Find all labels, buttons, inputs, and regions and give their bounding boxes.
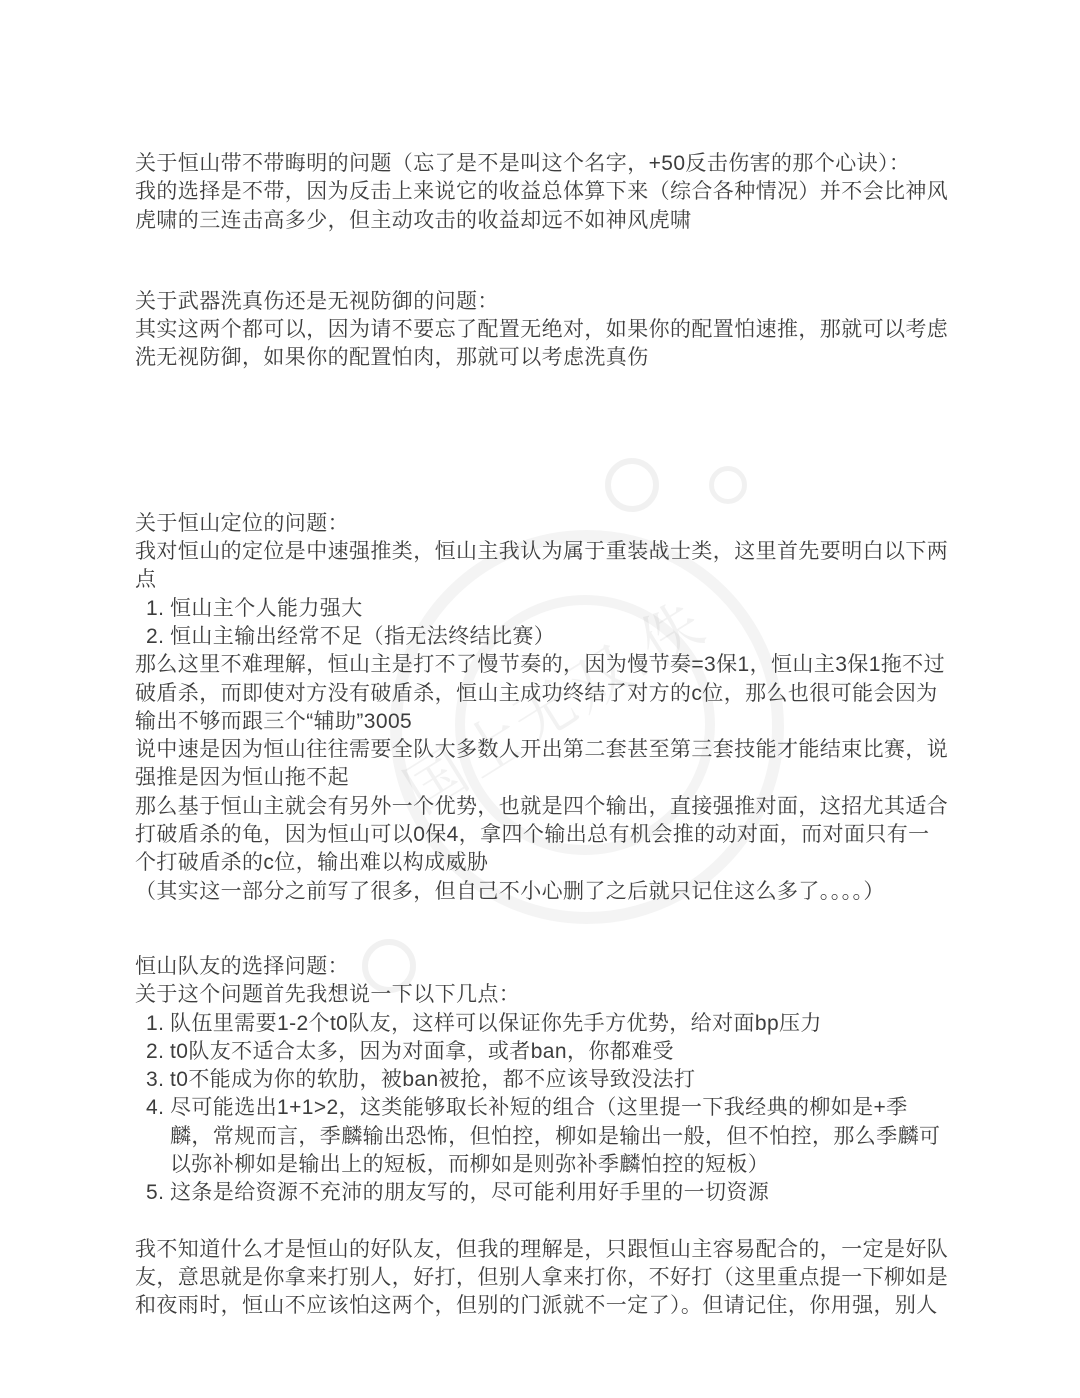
- list-item-text: 这条是给资源不充沛的朋友写的，尽可能利用好手里的一切资源: [170, 1179, 949, 1207]
- list-item: 2.恒山主输出经常不足（指无法终结比赛）: [135, 623, 949, 651]
- list-item-number: 1.: [146, 1010, 170, 1038]
- paragraph: 说中速是因为恒山往往需要全队大多数人开出第二套甚至第三套技能才能结束比赛，说强推…: [135, 736, 949, 793]
- paragraph: 那么这里不难理解，恒山主是打不了慢节奏的，因为慢节奏=3保1，恒山主3保1拖不过…: [135, 651, 949, 736]
- list-item-number: 2.: [146, 1038, 170, 1066]
- list-item: 1.恒山主个人能力强大: [135, 595, 949, 623]
- paragraph: 其实这两个都可以，因为请不要忘了配置无绝对，如果你的配置怕速推，那就可以考虑洗无…: [135, 316, 949, 373]
- section-s2: 关于武器洗真伤还是无视防御的问题：其实这两个都可以，因为请不要忘了配置无绝对，如…: [135, 288, 949, 373]
- document-page: { "page": { "background": "#ffffff", "te…: [0, 0, 1080, 1398]
- list-item-text: t0队友不适合太多，因为对面拿，或者ban，你都难受: [170, 1038, 949, 1066]
- list-item-text: 尽可能选出1+1>2，这类能够取长补短的组合（这里提一下我经典的柳如是+季麟，常…: [170, 1094, 949, 1179]
- article-body: 关于恒山带不带晦明的问题（忘了是不是叫这个名字，+50反击伤害的那个心诀）：我的…: [135, 0, 949, 1321]
- list-item-number: 4.: [146, 1094, 170, 1122]
- paragraph: 我的选择是不带，因为反击上来说它的收益总体算下来（综合各种情况）并不会比神风虎啸…: [135, 178, 949, 235]
- paragraph: （其实这一部分之前写了很多，但自己不小心删了之后就只记住这么多了。。。。）: [135, 878, 949, 906]
- paragraph: 我不知道什么才是恒山的好队友，但我的理解是，只跟恒山主容易配合的，一定是好队友，…: [135, 1236, 949, 1321]
- section-heading: 恒山队友的选择问题：: [135, 953, 949, 981]
- list-item: 2.t0队友不适合太多，因为对面拿，或者ban，你都难受: [135, 1038, 949, 1066]
- section-s3: 关于恒山定位的问题：我对恒山的定位是中速强推类，恒山主我认为属于重装战士类，这里…: [135, 510, 949, 906]
- section-s4: 恒山队友的选择问题：关于这个问题首先我想说一下以下几点：1.队伍里需要1-2个t…: [135, 953, 949, 1208]
- list-item-text: t0不能成为你的软肋，被ban被抢，都不应该导致没法打: [170, 1066, 949, 1094]
- list-item-text: 恒山主个人能力强大: [170, 595, 949, 623]
- list-item: 1.队伍里需要1-2个t0队友，这样可以保证你先手方优势，给对面bp压力: [135, 1010, 949, 1038]
- list-item: 5.这条是给资源不充沛的朋友写的，尽可能利用好手里的一切资源: [135, 1179, 949, 1207]
- paragraph: 那么基于恒山主就会有另外一个优势，也就是四个输出，直接强推对面，这招尤其适合打破…: [135, 793, 949, 878]
- section-heading: 关于恒山定位的问题：: [135, 510, 949, 538]
- list-item-number: 3.: [146, 1066, 170, 1094]
- section-s5: 我不知道什么才是恒山的好队友，但我的理解是，只跟恒山主容易配合的，一定是好队友，…: [135, 1236, 949, 1321]
- list-item-number: 2.: [146, 623, 170, 651]
- section-s1: 关于恒山带不带晦明的问题（忘了是不是叫这个名字，+50反击伤害的那个心诀）：我的…: [135, 150, 949, 235]
- section-heading: 关于武器洗真伤还是无视防御的问题：: [135, 288, 949, 316]
- paragraph: 我对恒山的定位是中速强推类，恒山主我认为属于重装战士类，这里首先要明白以下两点: [135, 538, 949, 595]
- list-item-text: 恒山主输出经常不足（指无法终结比赛）: [170, 623, 949, 651]
- section-heading: 关于恒山带不带晦明的问题（忘了是不是叫这个名字，+50反击伤害的那个心诀）：: [135, 150, 949, 178]
- list-item: 3.t0不能成为你的软肋，被ban被抢，都不应该导致没法打: [135, 1066, 949, 1094]
- paragraph: 关于这个问题首先我想说一下以下几点：: [135, 981, 949, 1009]
- list-item-number: 5.: [146, 1179, 170, 1207]
- list-item: 4.尽可能选出1+1>2，这类能够取长补短的组合（这里提一下我经典的柳如是+季麟…: [135, 1094, 949, 1179]
- list-item-text: 队伍里需要1-2个t0队友，这样可以保证你先手方优势，给对面bp压力: [170, 1010, 949, 1038]
- list-item-number: 1.: [146, 595, 170, 623]
